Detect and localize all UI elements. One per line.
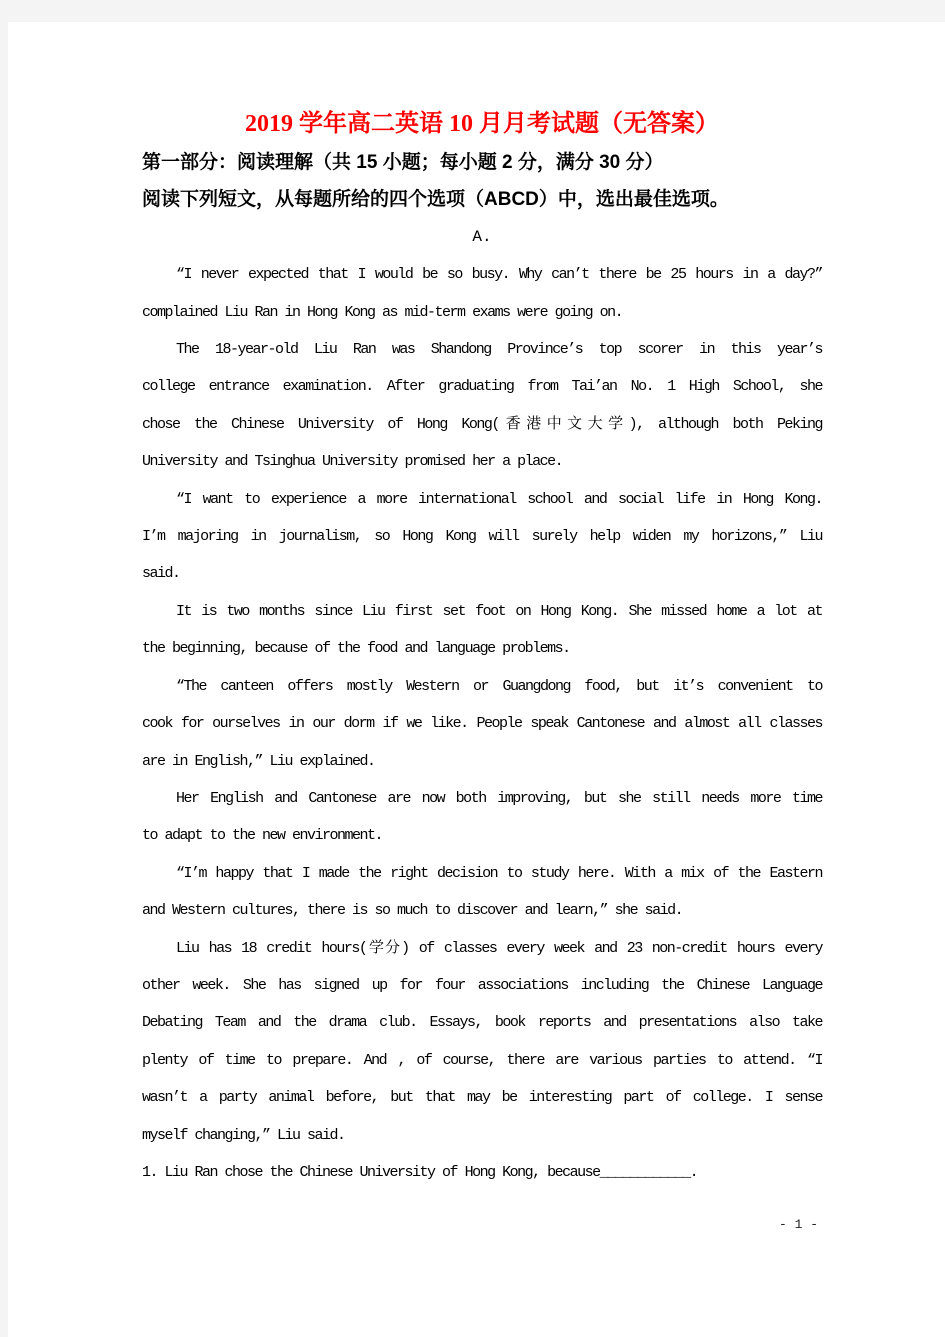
passage-line: “I want to experience a more internation… (142, 481, 822, 518)
document-content: 2019 学年高二英语 10 月月考试题（无答案） 第一部分：阅读理解（共 15… (142, 22, 822, 1191)
question-1: 1. Liu Ran chose the Chinese University … (142, 1154, 822, 1191)
passage-line: I’m majoring in journalism, so Hong Kong… (142, 518, 822, 555)
passage-line: are in English,” Liu explained. (142, 743, 822, 780)
passage-line: myself changing,” Liu said. (142, 1117, 822, 1154)
passage-label: A. (142, 219, 822, 256)
passage-line: “The canteen offers mostly Western or Gu… (142, 668, 822, 705)
passage-line: It is two months since Liu first set foo… (142, 593, 822, 630)
passage-line: wasn’t a party animal before, but that m… (142, 1079, 822, 1116)
passage-line: The 18-year-old Liu Ran was Shandong Pro… (142, 331, 822, 368)
passage-line: college entrance examination. After grad… (142, 368, 822, 405)
passage-line: said. (142, 555, 822, 592)
passage-line: chose the Chinese University of Hong Kon… (142, 406, 822, 443)
passage-line: and Western cultures, there is so much t… (142, 892, 822, 929)
passage-line: plenty of time to prepare. And , of cour… (142, 1042, 822, 1079)
paragraph: The 18-year-old Liu Ran was Shandong Pro… (142, 331, 822, 481)
page-number: - 1 - (779, 1218, 818, 1232)
passage-line: Debating Team and the drama club. Essays… (142, 1004, 822, 1041)
passage-line: other week. She has signed up for four a… (142, 967, 822, 1004)
paragraph: It is two months since Liu first set foo… (142, 593, 822, 668)
paragraph: “I never expected that I would be so bus… (142, 256, 822, 331)
document-title: 2019 学年高二英语 10 月月考试题（无答案） (142, 104, 822, 144)
passage-line: the beginning, because of the food and l… (142, 630, 822, 667)
screenshot-root: { "colors": { "title": "#fe0000", "body_… (0, 0, 945, 1337)
paragraph: Her English and Cantonese are now both i… (142, 780, 822, 855)
section-heading: 第一部分：阅读理解（共 15 小题；每小题 2 分，满分 30 分） (142, 144, 822, 181)
passage-line: “I never expected that I would be so bus… (142, 256, 822, 293)
paragraph: “The canteen offers mostly Western or Gu… (142, 668, 822, 780)
passage-line: University and Tsinghua University promi… (142, 443, 822, 480)
passage-body: “I never expected that I would be so bus… (142, 256, 822, 1154)
document-page: 2019 学年高二英语 10 月月考试题（无答案） 第一部分：阅读理解（共 15… (8, 22, 945, 1337)
paragraph: “I’m happy that I made the right decisio… (142, 855, 822, 930)
paragraph: Liu has 18 credit hours(学分) of classes e… (142, 930, 822, 1154)
passage-line: Liu has 18 credit hours(学分) of classes e… (142, 930, 822, 967)
passage-line: complained Liu Ran in Hong Kong as mid-t… (142, 294, 822, 331)
paragraph: “I want to experience a more internation… (142, 481, 822, 593)
passage-line: “I’m happy that I made the right decisio… (142, 855, 822, 892)
passage-line: cook for ourselves in our dorm if we lik… (142, 705, 822, 742)
passage-line: to adapt to the new environment. (142, 817, 822, 854)
passage-line: Her English and Cantonese are now both i… (142, 780, 822, 817)
instruction-line: 阅读下列短文，从每题所给的四个选项（ABCD）中，选出最佳选项。 (142, 181, 822, 218)
